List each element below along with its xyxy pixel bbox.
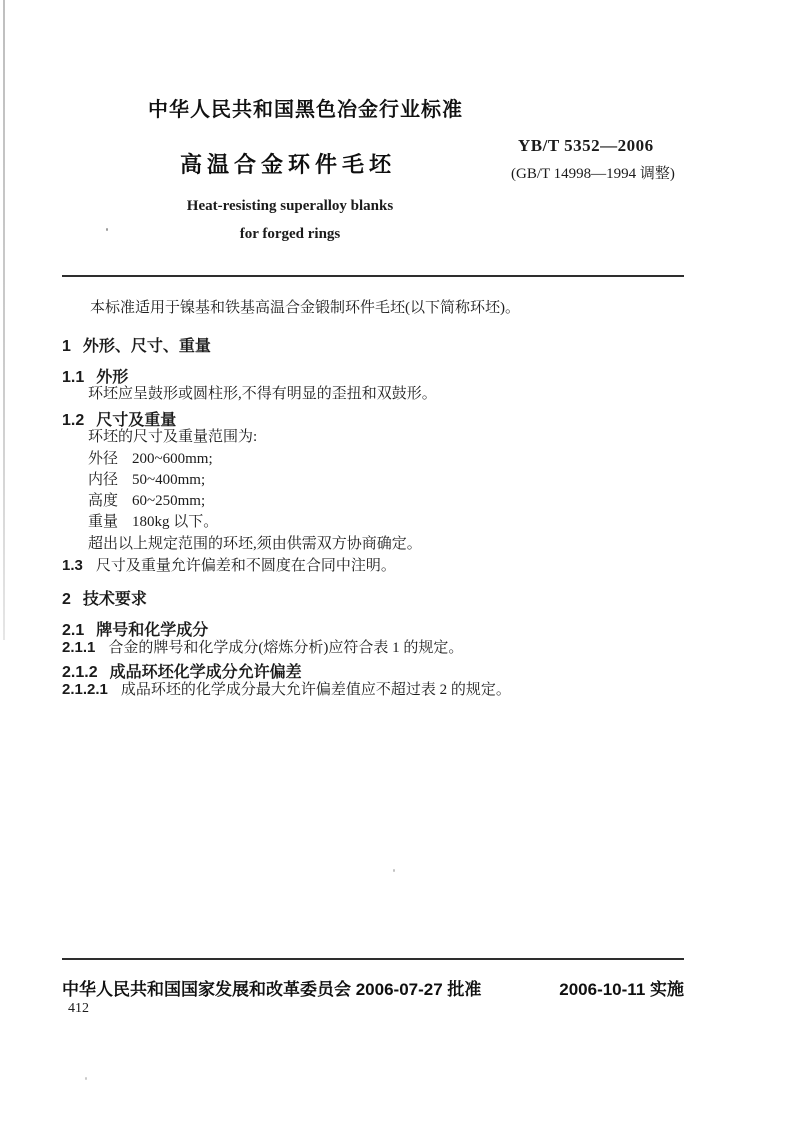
clause-text: 尺寸及重量允许偏差和不圆度在合同中注明。 bbox=[96, 558, 396, 574]
dimension-label: 内径 bbox=[88, 472, 132, 489]
dimension-row: 内径50~400mm; bbox=[88, 472, 205, 489]
dimension-row: 外径200~600mm; bbox=[88, 451, 213, 468]
clause-text: 成品环坯的化学成分最大允许偏差值应不超过表 2 的规定。 bbox=[121, 682, 511, 698]
dimension-value: 180kg 以下。 bbox=[132, 514, 218, 530]
clause-number: 2.1.2.1 bbox=[62, 681, 108, 698]
clause-title: 牌号和化学成分 bbox=[96, 622, 208, 639]
section-1-heading: 1外形、尺寸、重量 bbox=[62, 333, 211, 356]
scan-speck bbox=[85, 1077, 87, 1080]
implementation-date: 2006-10-11 实施 bbox=[559, 975, 684, 1000]
section-2-1-heading: 2.1牌号和化学成分 bbox=[62, 617, 208, 640]
dimension-value: 50~400mm; bbox=[132, 472, 205, 488]
section-2-1-2-heading: 2.1.2成品环坯化学成分允许偏差 bbox=[62, 659, 302, 682]
page-number: 412 bbox=[68, 1001, 89, 1017]
section-1-1-heading: 1.1外形 bbox=[62, 364, 128, 387]
clause-title: 外形 bbox=[96, 369, 128, 386]
section-1-3-line: 1.3尺寸及重量允许偏差和不圆度在合同中注明。 bbox=[62, 557, 396, 575]
section-1-1-text: 环坯应呈鼓形或圆柱形,不得有明显的歪扭和双鼓形。 bbox=[88, 386, 437, 403]
footer-rule bbox=[62, 958, 684, 960]
clause-number: 1.3 bbox=[62, 557, 83, 574]
clause-title: 技术要求 bbox=[83, 591, 147, 608]
dimension-row: 重量180kg 以下。 bbox=[88, 514, 218, 531]
scope-paragraph: 本标准适用于镍基和铁基高温合金锻制环件毛坯(以下简称环坯)。 bbox=[90, 300, 520, 317]
clause-title: 成品环坯化学成分允许偏差 bbox=[110, 664, 302, 681]
section-1-2-note: 超出以上规定范围的环坯,须由供需双方协商确定。 bbox=[88, 536, 422, 553]
document-title-en-line1: Heat-resisting superalloy blanks bbox=[150, 198, 430, 215]
dimension-label: 重量 bbox=[88, 514, 132, 531]
header-rule bbox=[62, 275, 684, 277]
section-1-2-heading: 1.2尺寸及重量 bbox=[62, 407, 176, 430]
clause-number: 1.1 bbox=[62, 369, 84, 386]
section-2-heading: 2技术要求 bbox=[62, 586, 147, 609]
dimension-value: 200~600mm; bbox=[132, 451, 213, 467]
scan-speck bbox=[106, 228, 108, 231]
document-page: { "header": { "org_line": "中华人民共和国黑色冶金行业… bbox=[0, 0, 800, 1132]
scan-edge-artifact bbox=[3, 0, 5, 640]
clause-number: 2 bbox=[62, 591, 71, 608]
section-2-1-1-line: 2.1.1合金的牌号和化学成分(熔炼分析)应符合表 1 的规定。 bbox=[62, 639, 463, 657]
clause-text: 合金的牌号和化学成分(熔炼分析)应符合表 1 的规定。 bbox=[108, 640, 463, 656]
clause-number: 2.1 bbox=[62, 622, 84, 639]
dimension-label: 高度 bbox=[88, 493, 132, 510]
dimension-label: 外径 bbox=[88, 451, 132, 468]
document-title-en-line2: for forged rings bbox=[150, 226, 430, 243]
dimension-value: 60~250mm; bbox=[132, 493, 205, 509]
approval-line: 中华人民共和国国家发展和改革委员会 2006-07-27 批准 bbox=[62, 975, 481, 1000]
clause-title: 外形、尺寸、重量 bbox=[83, 338, 211, 355]
document-title-cn: 高温合金环件毛坯 bbox=[180, 148, 396, 179]
clause-number: 2.1.1 bbox=[62, 639, 95, 656]
clause-number: 1.2 bbox=[62, 412, 84, 429]
standard-org-line: 中华人民共和国黑色冶金行业标准 bbox=[148, 93, 463, 122]
scan-speck bbox=[393, 869, 395, 872]
clause-number: 2.1.2 bbox=[62, 664, 98, 681]
dimension-row: 高度60~250mm; bbox=[88, 493, 205, 510]
section-1-2-intro: 环坯的尺寸及重量范围为: bbox=[88, 429, 257, 446]
standard-adjust-note: (GB/T 14998—1994 调整) bbox=[511, 162, 675, 183]
section-2-1-2-1-line: 2.1.2.1成品环坯的化学成分最大允许偏差值应不超过表 2 的规定。 bbox=[62, 681, 511, 699]
standard-number: YB/T 5352—2006 bbox=[518, 136, 654, 156]
clause-number: 1 bbox=[62, 338, 71, 355]
clause-title: 尺寸及重量 bbox=[96, 412, 176, 429]
